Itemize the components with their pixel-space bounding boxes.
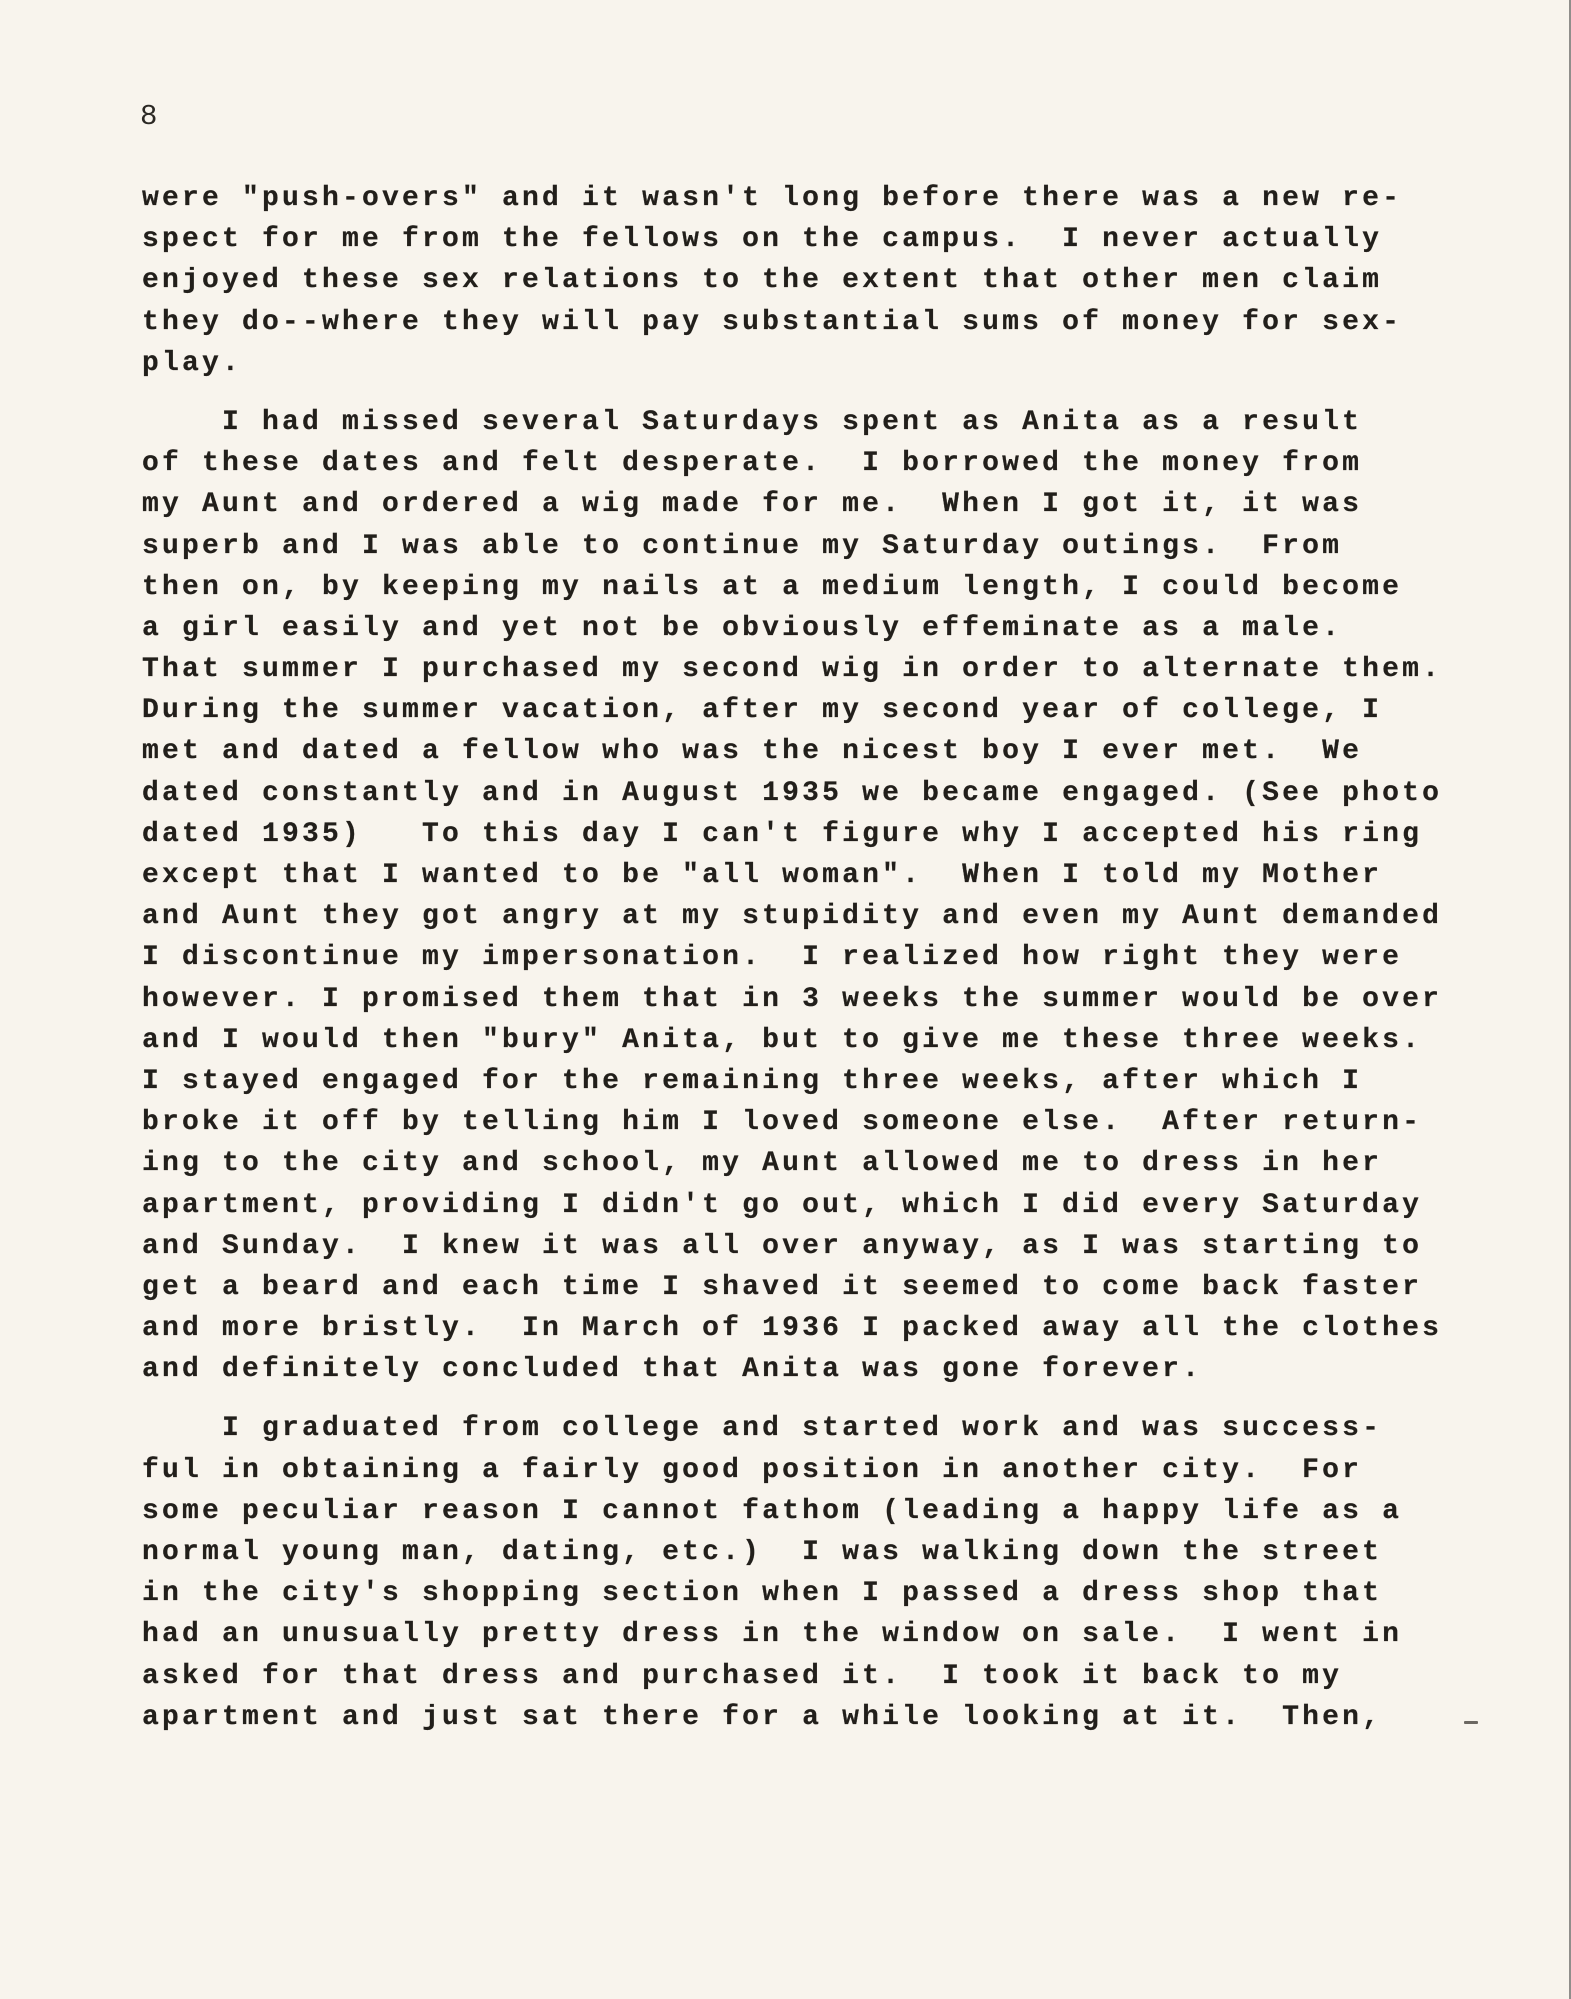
text-line: and Aunt they got angry at my stupidity …: [142, 896, 1482, 937]
text-line: and Sunday. I knew it was all over anywa…: [142, 1226, 1482, 1267]
text-line: I stayed engaged for the remaining three…: [142, 1061, 1482, 1102]
text-line: however. I promised them that in 3 weeks…: [142, 979, 1482, 1020]
text-line: apartment and just sat there for a while…: [142, 1697, 1482, 1738]
text-line: of these dates and felt desperate. I bor…: [142, 443, 1482, 484]
text-line: ing to the city and school, my Aunt allo…: [142, 1143, 1482, 1184]
text-line: spect for me from the fellows on the cam…: [142, 219, 1482, 260]
text-line: dated constantly and in August 1935 we b…: [142, 773, 1482, 814]
text-line: my Aunt and ordered a wig made for me. W…: [142, 484, 1482, 525]
text-line: I discontinue my impersonation. I realiz…: [142, 937, 1482, 978]
text-line: ful in obtaining a fairly good position …: [142, 1450, 1482, 1491]
text-line: play.: [142, 343, 1482, 384]
paragraph-2: I had missed several Saturdays spent as …: [142, 402, 1482, 1391]
text-line: in the city's shopping section when I pa…: [142, 1573, 1482, 1614]
text-line: then on, by keeping my nails at a medium…: [142, 567, 1482, 608]
text-line: During the summer vacation, after my sec…: [142, 690, 1482, 731]
page-number: 8: [140, 100, 158, 133]
text-line: had an unusually pretty dress in the win…: [142, 1614, 1482, 1655]
text-line: and more bristly. In March of 1936 I pac…: [142, 1308, 1482, 1349]
text-line: get a beard and each time I shaved it se…: [142, 1267, 1482, 1308]
text-line: asked for that dress and purchased it. I…: [142, 1656, 1482, 1697]
text-line: superb and I was able to continue my Sat…: [142, 526, 1482, 567]
text-line: were "push-overs" and it wasn't long bef…: [142, 178, 1482, 219]
text-line: some peculiar reason I cannot fathom (le…: [142, 1491, 1482, 1532]
paragraph-3: I graduated from college and started wor…: [142, 1408, 1482, 1738]
text-line: and definitely concluded that Anita was …: [142, 1349, 1482, 1390]
text-line: I had missed several Saturdays spent as …: [142, 402, 1482, 443]
text-line: and I would then "bury" Anita, but to gi…: [142, 1020, 1482, 1061]
text-line: met and dated a fellow who was the nices…: [142, 731, 1482, 772]
text-line: a girl easily and yet not be obviously e…: [142, 608, 1482, 649]
stray-ink-mark: [1464, 1721, 1478, 1724]
document-body: were "push-overs" and it wasn't long bef…: [142, 178, 1482, 1738]
text-line: they do--where they will pay substantial…: [142, 302, 1482, 343]
text-line: I graduated from college and started wor…: [142, 1408, 1482, 1449]
text-line: apartment, providing I didn't go out, wh…: [142, 1185, 1482, 1226]
text-line: enjoyed these sex relations to the exten…: [142, 260, 1482, 301]
paragraph-1: were "push-overs" and it wasn't long bef…: [142, 178, 1482, 384]
typewritten-page: 8 were "push-overs" and it wasn't long b…: [0, 0, 1571, 1999]
text-line: except that I wanted to be "all woman". …: [142, 855, 1482, 896]
text-line: That summer I purchased my second wig in…: [142, 649, 1482, 690]
text-line: broke it off by telling him I loved some…: [142, 1102, 1482, 1143]
text-line: normal young man, dating, etc.) I was wa…: [142, 1532, 1482, 1573]
text-line: dated 1935) To this day I can't figure w…: [142, 814, 1482, 855]
